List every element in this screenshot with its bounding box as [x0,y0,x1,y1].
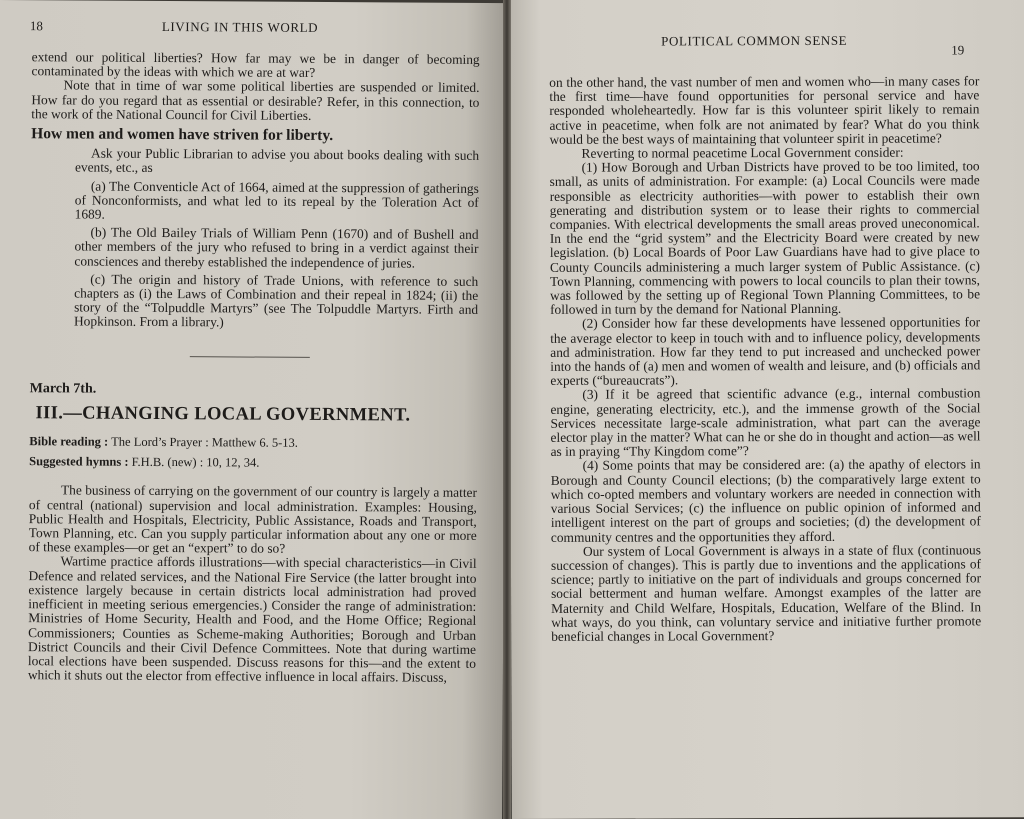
section-heading: How men and women have striven for liber… [31,127,479,144]
paragraph: Wartime practice affords illustrations—w… [28,555,477,686]
paragraph: The business of carrying on the governme… [29,484,477,558]
list-item: (b) The Old Bailey Trials of William Pen… [74,226,478,271]
numbered-point: (1) How Borough and Urban Districts have… [550,160,981,318]
bible-reading-label: Bible reading : [29,434,108,448]
bible-reading: Bible reading : The Lord’s Prayer : Matt… [29,434,477,451]
right-page: POLITICAL COMMON SENSE 19 on the other h… [509,0,1024,819]
hymns-label: Suggested hymns : [29,454,128,469]
list-item: (c) The origin and history of Trade Unio… [74,272,478,331]
hymns-value: F.H.B. (new) : 10, 12, 34. [132,455,260,470]
numbered-point: (3) If it be agreed that scientific adva… [550,387,980,460]
running-head: POLITICAL COMMON SENSE [661,33,847,50]
page-number: 18 [30,18,43,34]
running-head: LIVING IN THIS WORLD [162,19,318,36]
paragraph: extend our political liberties? How far … [32,50,480,81]
suggested-hymns: Suggested hymns : F.H.B. (new) : 10, 12,… [29,454,477,471]
numbered-point: (4) Some points that may be considered a… [551,458,981,545]
open-book-spread: 18 LIVING IN THIS WORLD extend our polit… [0,0,1024,819]
numbered-point: (2) Consider how far these developments … [550,316,980,389]
paragraph: Ask your Public Librarian to advise you … [75,147,479,178]
section-divider [190,356,310,358]
right-page-body: on the other hand, the vast number of me… [549,74,981,644]
paragraph: Our system of Local Government is always… [551,543,981,644]
left-page: 18 LIVING IN THIS WORLD extend our polit… [0,0,507,819]
paragraph: Note that in time of war some political … [31,79,479,124]
bible-reading-value: The Lord’s Prayer : Matthew 6. 5-13. [111,435,298,450]
page-number: 19 [951,42,964,58]
chapter-title: III.—CHANGING LOCAL GOVERNMENT. [35,406,477,423]
book-gutter [503,0,511,819]
list-item: (a) The Conventicle Act of 1664, aimed a… [75,179,479,224]
reading-list: Ask your Public Librarian to advise you … [30,146,479,331]
lesson-date: March 7th. [30,382,478,399]
paragraph: on the other hand, the vast number of me… [549,74,979,147]
left-page-body: extend our political liberties? How far … [28,50,480,685]
